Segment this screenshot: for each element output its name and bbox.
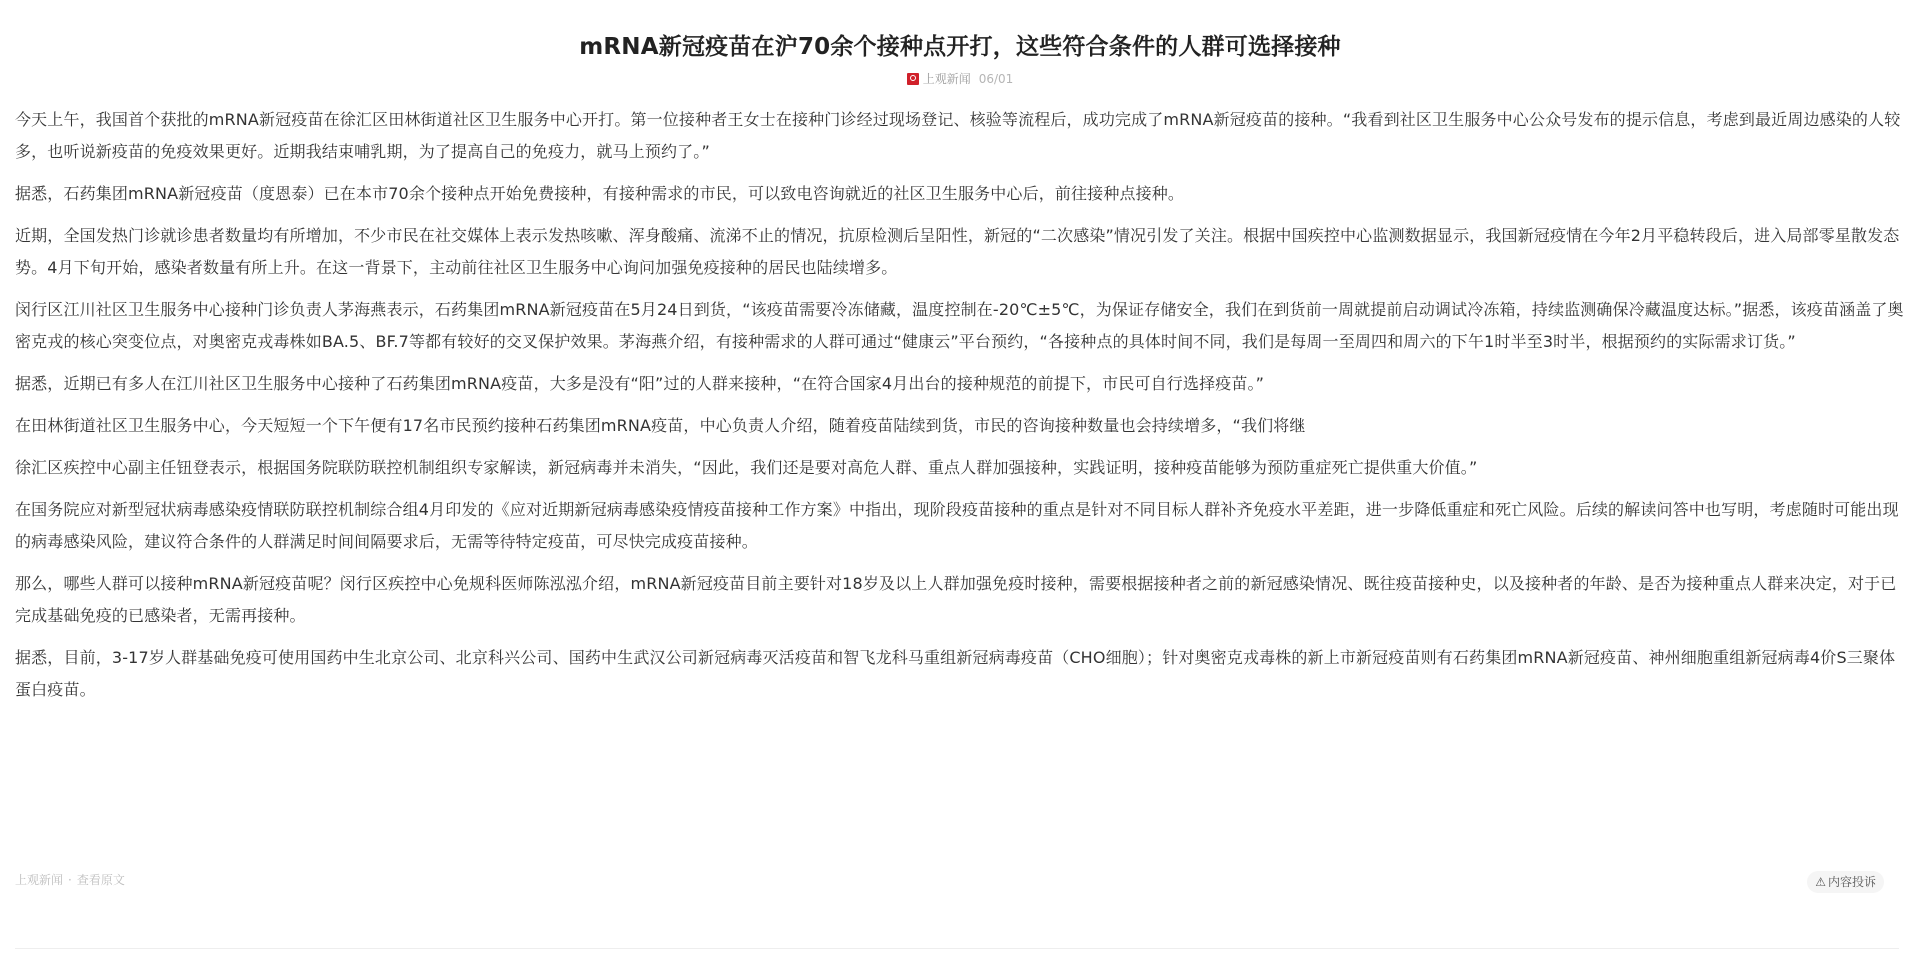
article-body: 今天上午，我国首个获批的mRNA新冠疫苗在徐汇区田林街道社区卫生服务中心开打。第… (15, 104, 1905, 706)
paragraph: 近期，全国发热门诊就诊患者数量均有所增加，不少市民在社交媒体上表示发热咳嗽、浑身… (15, 220, 1905, 284)
article-footer: 上观新闻·查看原文 ⚠内容投诉 (15, 868, 1899, 898)
publish-date: 06/01 (979, 72, 1014, 86)
paragraph: 徐汇区疾控中心副主任钮登表示，根据国务院联防联控机制组织专家解读，新冠病毒并未消… (15, 452, 1905, 484)
view-original-link[interactable]: 查看原文 (77, 873, 125, 887)
article-meta: 上观新闻06/01 (15, 68, 1905, 90)
footer-divider (15, 948, 1899, 949)
source-logo-icon (907, 73, 919, 85)
article-title: mRNA新冠疫苗在沪70余个接种点开打，这些符合条件的人群可选择接种 (15, 0, 1905, 64)
source-attribution: 上观新闻·查看原文 (15, 871, 125, 888)
report-content-button[interactable]: ⚠内容投诉 (1807, 871, 1884, 893)
report-label: 内容投诉 (1828, 875, 1876, 889)
paragraph: 今天上午，我国首个获批的mRNA新冠疫苗在徐汇区田林街道社区卫生服务中心开打。第… (15, 104, 1905, 168)
source-name[interactable]: 上观新闻 (923, 72, 971, 86)
paragraph: 据悉，近期已有多人在江川社区卫生服务中心接种了石药集团mRNA疫苗，大多是没有“… (15, 368, 1905, 400)
paragraph: 闵行区江川社区卫生服务中心接种门诊负责人茅海燕表示，石药集团mRNA新冠疫苗在5… (15, 294, 1905, 358)
separator-dot: · (68, 873, 72, 887)
paragraph: 那么，哪些人群可以接种mRNA新冠疫苗呢？闵行区疾控中心免规科医师陈泓泓介绍，m… (15, 568, 1905, 632)
article: mRNA新冠疫苗在沪70余个接种点开打，这些符合条件的人群可选择接种 上观新闻0… (15, 0, 1905, 716)
paragraph: 在国务院应对新型冠状病毒感染疫情联防联控机制综合组4月印发的《应对近期新冠病毒感… (15, 494, 1905, 558)
paragraph: 据悉，目前，3-17岁人群基础免疫可使用国药中生北京公司、北京科兴公司、国药中生… (15, 642, 1905, 706)
warning-triangle-icon: ⚠ (1815, 871, 1826, 893)
paragraph: 在田林街道社区卫生服务中心，今天短短一个下午便有17名市民预约接种石药集团mRN… (15, 410, 1905, 442)
footer-source-name: 上观新闻 (15, 873, 63, 887)
paragraph: 据悉，石药集团mRNA新冠疫苗（度恩泰）已在本市70余个接种点开始免费接种，有接… (15, 178, 1905, 210)
